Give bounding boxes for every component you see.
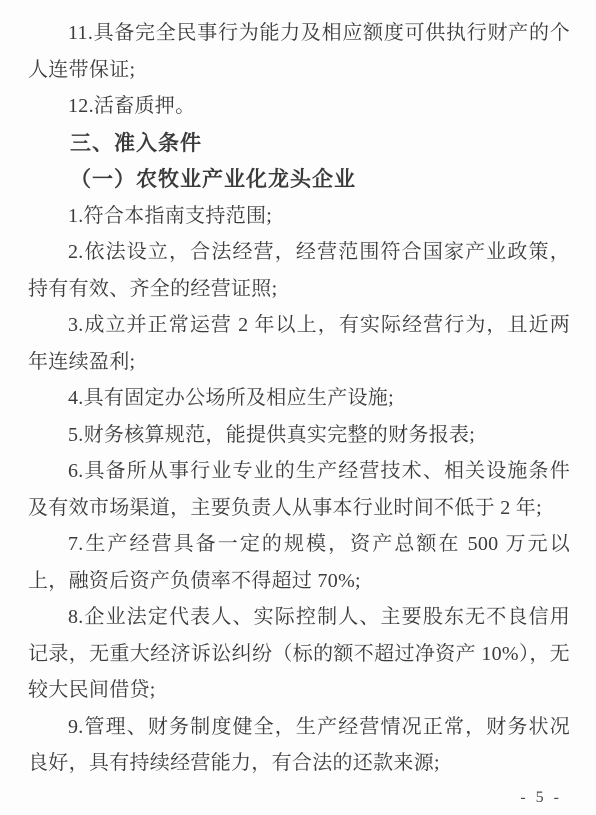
subsection-heading: （一）农牧业产业化龙头企业 (28, 161, 570, 198)
document-body: 11.具备完全民事行为能力及相应额度可供执行财产的个人连带保证; 12.活畜质押… (0, 0, 596, 782)
list-item-8: 8.企业法定代表人、实际控制人、主要股东无不良信用记录，无重大经济诉讼纠纷（标的… (28, 599, 570, 709)
section-heading: 三、准入条件 (28, 125, 570, 162)
list-item-2: 2.依法设立，合法经营，经营范围符合国家产业政策，持有有效、齐全的经营证照; (28, 234, 570, 307)
document-page: 11.具备完全民事行为能力及相应额度可供执行财产的个人连带保证; 12.活畜质押… (0, 0, 596, 815)
list-item-9: 9.管理、财务制度健全，生产经营情况正常，财务状况良好，具有持续经营能力，有合法… (28, 709, 570, 782)
list-item-6: 6.具备所从事行业专业的生产经营技术、相关设施条件及有效市场渠道，主要负责人从事… (28, 453, 570, 526)
list-item-12: 12.活畜质押。 (28, 88, 570, 125)
list-item-1: 1.符合本指南支持范围; (28, 198, 570, 235)
list-item-5: 5.财务核算规范，能提供真实完整的财务报表; (28, 417, 570, 454)
list-item-4: 4.具有固定办公场所及相应生产设施; (28, 380, 570, 417)
page-number: - 5 - (520, 789, 562, 807)
list-item-7: 7.生产经营具备一定的规模，资产总额在 500 万元以上，融资后资产负债率不得超… (28, 526, 570, 599)
list-item-3: 3.成立并正常运营 2 年以上，有实际经营行为，且近两年连续盈利; (28, 307, 570, 380)
list-item-11: 11.具备完全民事行为能力及相应额度可供执行财产的个人连带保证; (28, 15, 570, 88)
